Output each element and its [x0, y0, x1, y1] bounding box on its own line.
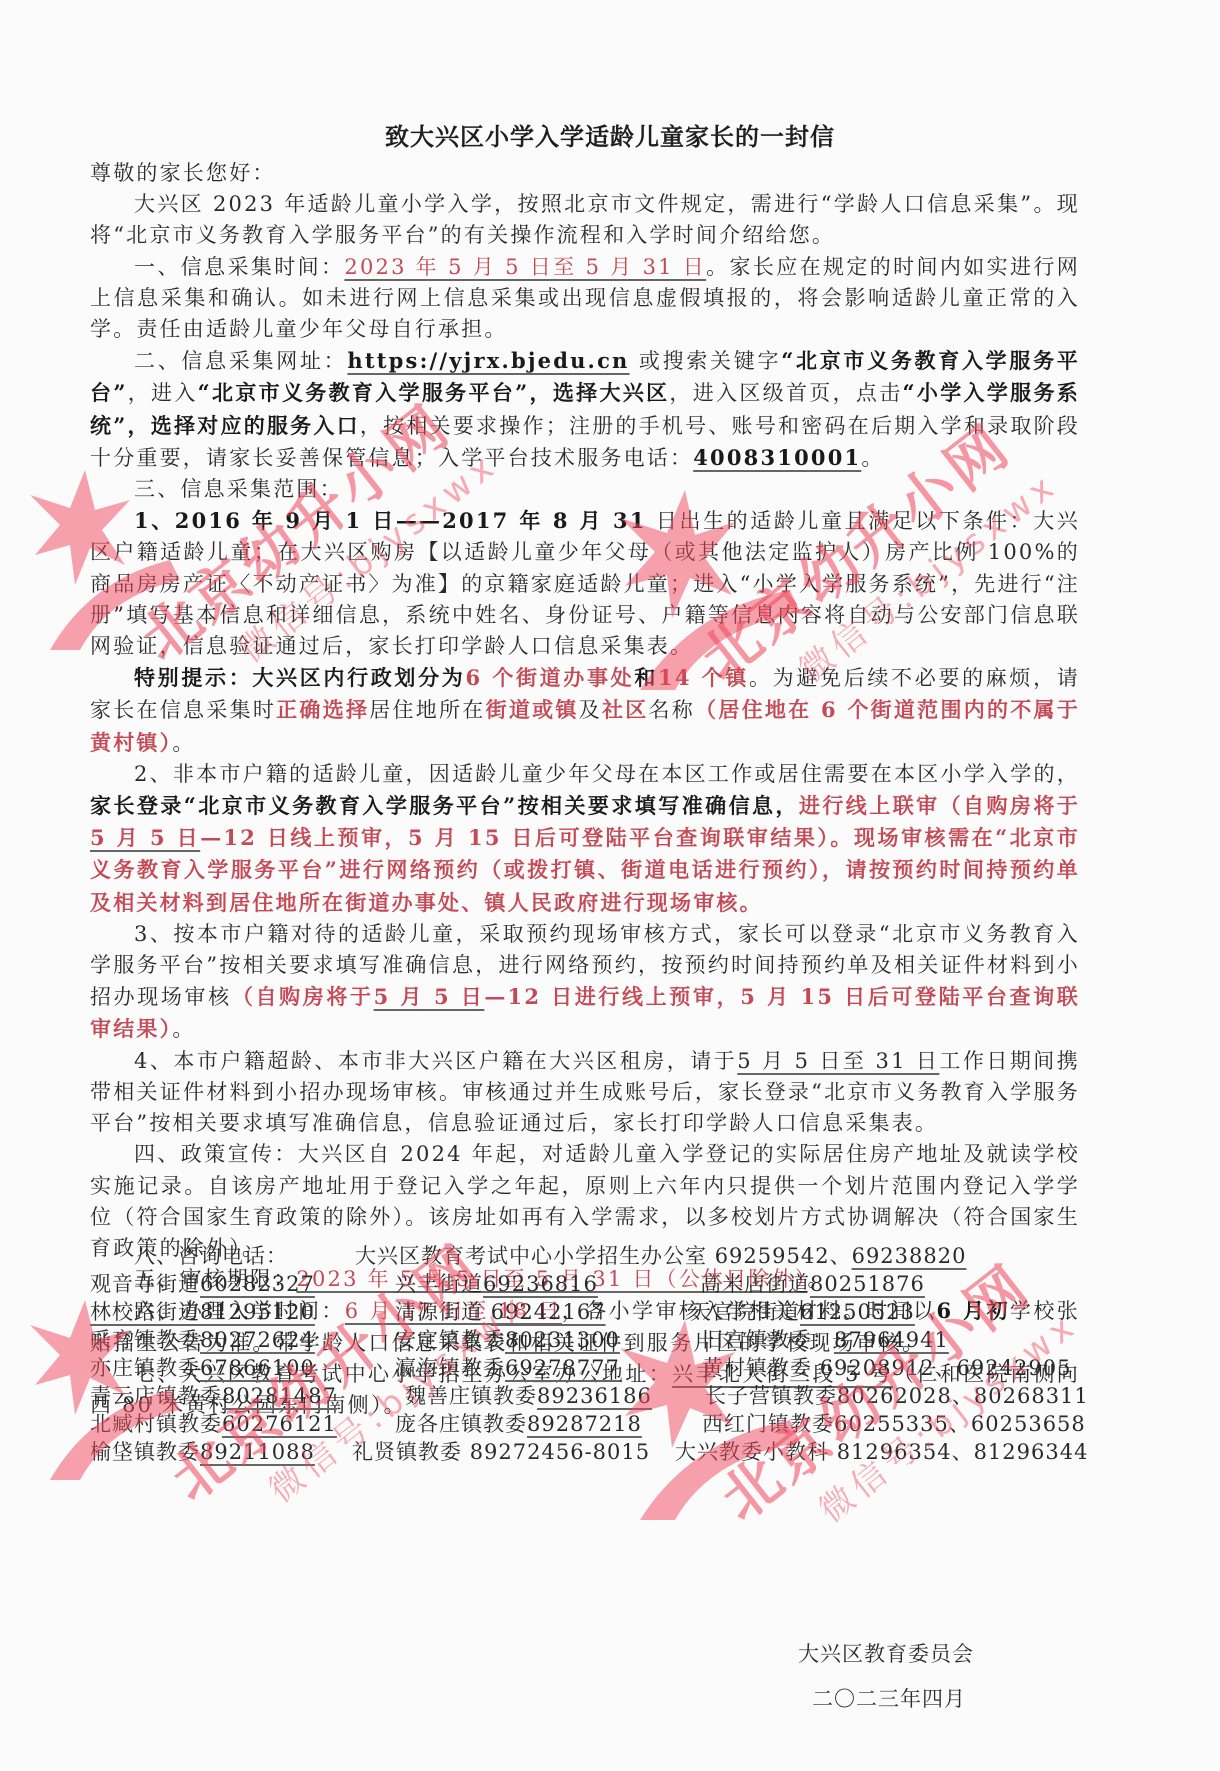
contact-header-row: 八、咨询电话： 大兴区教育考试中心小学招生办公室 69259542、692388…: [90, 1240, 1080, 1270]
section-2-end: 。: [861, 446, 884, 470]
contact-name: 黄村镇教委: [702, 1356, 812, 1380]
notice-red-1: 6 个街道办事处: [465, 665, 634, 690]
contact-phone: 80281487: [222, 1384, 337, 1408]
greeting: 尊敬的家长您好：: [90, 158, 1080, 189]
contact-row: 采育镇教委80272624 安定镇教委80231300 旧宫镇教委：879649…: [90, 1324, 1080, 1354]
intro-paragraph: 大兴区 2023 年适龄儿童小学入学，按照北京市文件规定，需进行“学龄人口信息采…: [90, 189, 1080, 251]
contact-row: 青云店镇教委80281487 魏善庄镇教委89236186 长子营镇教委8026…: [90, 1380, 1080, 1410]
notice-text-2: 居住地所在: [369, 698, 485, 722]
contact-name: 高米店街道: [700, 1272, 810, 1296]
contact-name: 瀛海镇教委: [395, 1356, 505, 1380]
birth-date-range: 1、2016 年 9 月 1 日——2017 年 8 月 31: [134, 508, 647, 533]
item-2-text: 2、非本市户籍的适龄儿童，因适龄儿童少年父母在本区工作或居住需要在本区小学入学的…: [134, 762, 1080, 786]
contact-name: 亦庄镇教委: [90, 1356, 200, 1380]
contact-name: 榆垡镇教委: [90, 1440, 200, 1464]
tech-support-phone: 4008310001: [693, 445, 861, 470]
notice-bold-2: 和: [634, 665, 658, 690]
contact-phone: 81295120: [200, 1300, 315, 1324]
notice-red-4: 街道或镇: [486, 697, 579, 722]
contact-row: 观音寺街道60282327 兴丰街道69236816 高米店街道80251876: [90, 1268, 1080, 1298]
contact-phone: 69242167: [491, 1300, 606, 1324]
contact-name: 兴丰街道: [395, 1272, 483, 1296]
section-2-text-1: 或搜索关键字: [630, 349, 782, 373]
item-4-date: 5 月 5 日至 31 日: [737, 1049, 939, 1073]
notice-text-4: 名称: [649, 698, 696, 722]
main-office-phone-2: 69238820: [852, 1244, 967, 1268]
contact-phone: 80262028、80268311: [837, 1384, 1089, 1408]
contact-phone: 89272456-8015: [470, 1440, 650, 1464]
main-office-contact: 大兴区教育考试中心小学招生办公室 69259542、69238820: [355, 1240, 966, 1270]
signature-org: 大兴区教育委员会: [798, 1638, 974, 1668]
contact-name: 观音寺街道: [90, 1272, 200, 1296]
contact-phone: 60282327: [200, 1272, 315, 1296]
item-2-bold: 家长登录“北京市义务教育入学服务平台”按相关要求填写准确信息，: [90, 793, 799, 818]
section-1-collection-time: 一、信息采集时间：2023 年 5 月 5 日至 5 月 31 日。家长应在规定…: [90, 252, 1080, 346]
section-3-item-2: 2、非本市户籍的适龄儿童，因适龄儿童少年父母在本区工作或居住需要在本区小学入学的…: [90, 759, 1080, 919]
contact-name: 礼贤镇教委: [352, 1440, 462, 1464]
contact-name: 北臧村镇教委: [90, 1412, 222, 1436]
item-3-end: 。: [172, 1017, 195, 1041]
special-notice: 特别提示：大兴区内行政划分为6 个街道办事处和14 个镇。为避免后续不必要的麻烦…: [90, 662, 1080, 759]
contact-phone: 87964941: [834, 1328, 949, 1352]
notice-text-3: 及: [579, 698, 602, 722]
section-8-label: 八、咨询电话：: [134, 1240, 288, 1270]
notice-bold-1: 特别提示：大兴区内行政划分为: [134, 665, 465, 690]
contact-row: 榆垡镇教委89211088 礼贤镇教委 89272456-8015 大兴教委小教…: [90, 1436, 1080, 1466]
contact-name: 林校路街道: [90, 1300, 200, 1324]
item-2-red-1: 进行线上联审（自购房将于: [799, 793, 1080, 818]
notice-red-2: 14 个镇: [658, 665, 749, 690]
signature-date: 二〇二三年四月: [812, 1683, 966, 1713]
contact-phone: 60255335、60253658: [834, 1412, 1086, 1436]
contact-phone: 69278777: [505, 1356, 620, 1380]
section-2-text-3: ，进入区级首页，点击: [669, 381, 902, 405]
notice-red-3: 正确选择: [276, 697, 369, 722]
contact-phone: 69208912、69242905: [820, 1356, 1072, 1380]
section-2-label: 二、信息采集网址：: [134, 349, 347, 373]
main-office-name: 大兴区教育考试中心小学招生办公室: [355, 1244, 707, 1268]
contact-phone: 89236186: [537, 1384, 652, 1408]
letter-title: 致大兴区小学入学适龄儿童家长的一封信: [0, 117, 1220, 152]
contact-row: 北臧村镇教委60276121 庞各庄镇教委89287218 西红门镇教委6025…: [90, 1408, 1080, 1438]
contact-phone: 60276121: [222, 1412, 337, 1436]
section-1-label: 一、信息采集时间：: [134, 255, 344, 279]
section-2-text-2: ，进入: [128, 381, 198, 405]
collection-date-range: 2023 年 5 月 5 日至 5 月 31 日: [344, 255, 706, 279]
item-2-red-date: 5 月 5 日: [90, 825, 200, 850]
contact-name: 青云店镇教委: [90, 1384, 222, 1408]
contact-phone: 61250523: [800, 1300, 915, 1324]
letter-page: 致大兴区小学入学适龄儿童家长的一封信 尊敬的家长您好： 大兴区 2023 年适龄…: [0, 0, 1220, 1771]
item-4-text-1: 4、本市户籍超龄、本市非大兴区户籍在大兴区租房，请于: [134, 1049, 737, 1073]
contact-name: 庞各庄镇教委: [395, 1412, 527, 1436]
contact-name: 清源街道: [395, 1300, 483, 1324]
contact-name: 旧宫镇教委：: [702, 1328, 834, 1352]
contact-phone: 69236816: [483, 1272, 598, 1296]
item-3-red-1: （自购房将于: [232, 984, 374, 1009]
contact-phone: 81296354、81296344: [837, 1440, 1089, 1464]
contact-phone: 89211088: [200, 1440, 315, 1464]
platform-url-link[interactable]: https://yjrx.bjedu.cn: [347, 348, 629, 373]
letter-body: 尊敬的家长您好： 大兴区 2023 年适龄儿童小学入学，按照北京市文件规定，需进…: [90, 158, 1080, 1421]
item-2-red-2: —12 日线上预审，5 月 15 日后可登陆平台查询联审结果）。现场审核需在“北…: [90, 825, 1080, 914]
contact-name: 长子营镇教委: [705, 1384, 837, 1408]
contact-name: 安定镇教委: [395, 1328, 505, 1352]
section-3-item-3: 3、按本市户籍对待的适龄儿童，采取预约现场审核方式，家长可以登录“北京市义务教育…: [90, 919, 1080, 1046]
main-office-phone-1: 69259542: [715, 1244, 830, 1268]
section-2-collection-url: 二、信息采集网址：https://yjrx.bjedu.cn 或搜索关键字“北京…: [90, 345, 1080, 474]
notice-end: 。: [172, 731, 195, 755]
contact-name: 魏善庄镇教委: [405, 1384, 537, 1408]
contact-row: 林校路街道81295120 清源街道 69242167 天宫院街道6125052…: [90, 1296, 1080, 1326]
section-3-item-1: 1、2016 年 9 月 1 日——2017 年 8 月 31 日出生的适龄儿童…: [90, 505, 1080, 662]
contact-phone: 80231300: [505, 1328, 620, 1352]
section-3-item-4: 4、本市户籍超龄、本市非大兴区户籍在大兴区租房，请于5 月 5 日至 31 日工…: [90, 1046, 1080, 1140]
contact-name: 西红门镇教委: [702, 1412, 834, 1436]
contact-phone: 80251876: [810, 1272, 925, 1296]
notice-red-5: 社区: [602, 697, 649, 722]
section-2-bold-2: “北京市义务教育入学服务平台”，选择大兴区: [198, 380, 670, 405]
item-3-red-date: 5 月 5 日: [374, 984, 485, 1009]
contact-name: 采育镇教委: [90, 1328, 200, 1352]
contact-row: 亦庄镇教委67866100 瀛海镇教委69278777 黄村镇教委 692089…: [90, 1352, 1080, 1382]
contact-name: 天宫院街道: [690, 1300, 800, 1324]
contact-name: 大兴教委小教科: [675, 1440, 829, 1464]
contact-phone: 80272624: [200, 1328, 315, 1352]
contact-phone: 67866100: [200, 1356, 315, 1380]
section-3-label: 三、信息采集范围：: [90, 474, 1080, 505]
contact-phone: 89287218: [527, 1412, 642, 1436]
